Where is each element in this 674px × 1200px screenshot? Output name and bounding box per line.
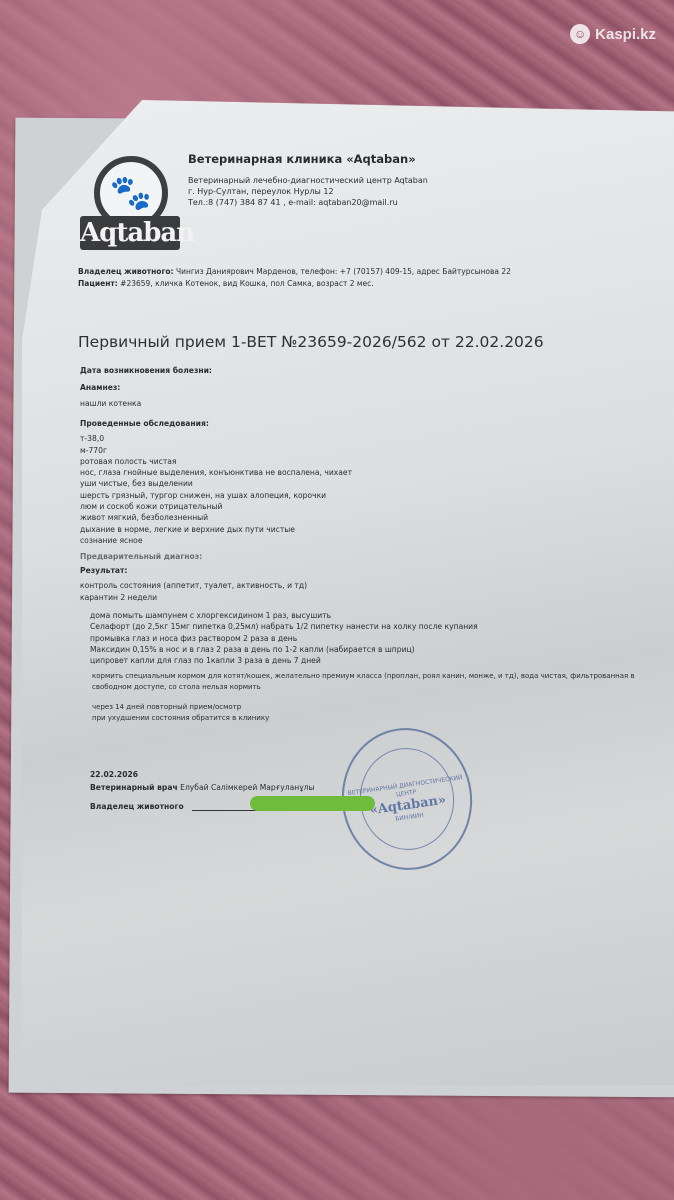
list-item: т-38,0	[80, 433, 352, 444]
list-item: люм и соскоб кожи отрицательный	[80, 501, 352, 512]
list-item: контроль состояния (аппетит, туалет, акт…	[80, 580, 307, 591]
result-list: контроль состояния (аппетит, туалет, акт…	[80, 580, 307, 603]
followup-list: через 14 дней повторный прием/осмотрпри …	[92, 702, 269, 725]
list-item: живот мягкий, безболезненный	[80, 512, 352, 523]
letterhead: Ветеринарная клиника «Aqtaban» Ветеринар…	[188, 152, 428, 208]
anamnesis-section: Анамнез: нашли котенка	[80, 382, 141, 410]
vet-line: Ветеринарный врач Елубай Салімкерей Марғ…	[90, 781, 315, 794]
redaction-mark	[250, 796, 375, 811]
list-item: Максидин 0,15% в нос и в глаз 2 раза в д…	[90, 644, 478, 655]
list-item: через 14 дней повторный прием/осмотр	[92, 702, 269, 713]
patient-line: Пациент: #23659, кличка Котенок, вид Кош…	[78, 278, 511, 290]
list-item: ротовая полость чистая	[80, 456, 352, 467]
list-item: карантин 2 недели	[80, 592, 307, 603]
logo-brand: Aqtaban	[80, 216, 180, 250]
list-item: м-770г	[80, 445, 352, 456]
treatment-section: дома помыть шампунем с хлоргексидином 1 …	[90, 610, 478, 666]
list-item: ципровет капли для глаз по 1капли 3 раза…	[90, 655, 478, 666]
document-content: 🐾 Aqtaban Ветеринарная клиника «Aqtaban»…	[0, 0, 674, 1200]
onset-section: Дата возникновения болезни:	[80, 365, 212, 376]
feeding-section: кормить специальным кормом для котят/кош…	[92, 671, 635, 694]
list-item: промывка глаз и носа физ раствором 2 раз…	[90, 633, 478, 644]
list-item: сознание ясное	[80, 535, 352, 546]
list-item: дома помыть шампунем с хлоргексидином 1 …	[90, 610, 478, 621]
clinic-contacts: Тел.:8 (747) 384 87 41 , e-mail: aqtaban…	[188, 197, 428, 208]
treatment-list: дома помыть шампунем с хлоргексидином 1 …	[90, 610, 478, 666]
result-section: Результат: контроль состояния (аппетит, …	[80, 565, 307, 603]
clinic-address: г. Нур-Султан, переулок Нурлы 12	[188, 186, 428, 197]
exams-section: Проведенные обследования: т-38,0м-770гро…	[80, 418, 352, 563]
list-item: нос, глаза гнойные выделения, конъюнктив…	[80, 467, 352, 478]
list-item: свободном доступе, со стола нельзя корми…	[92, 682, 635, 693]
document-title: Первичный прием 1-ВЕТ №23659-2026/562 от…	[78, 333, 544, 351]
list-item: Селафорт (до 2,5кг 15мг пипетка 0,25мл) …	[90, 621, 478, 632]
owner-line: Владелец животного: Чингиз Даниярович Ма…	[78, 266, 511, 278]
feeding-list: кормить специальным кормом для котят/кош…	[92, 671, 635, 694]
list-item: кормить специальным кормом для котят/кош…	[92, 671, 635, 682]
owner-patient-info: Владелец животного: Чингиз Даниярович Ма…	[78, 266, 511, 290]
clinic-subtitle: Ветеринарный лечебно-диагностический цен…	[188, 175, 428, 186]
list-item: шерсть грязный, тургор снижен, на ушах а…	[80, 490, 352, 501]
signature-date: 22.02.2026	[90, 768, 315, 781]
clinic-logo: 🐾 Aqtaban	[80, 150, 180, 255]
clinic-title: Ветеринарная клиника «Aqtaban»	[188, 152, 428, 166]
followup-section: через 14 дней повторный прием/осмотрпри …	[92, 702, 269, 725]
list-item: уши чистые, без выделении	[80, 478, 352, 489]
list-item: при ухудшении состояния обратится в клин…	[92, 713, 269, 724]
list-item: дыхание в норме, легкие и верхние дых пу…	[80, 524, 352, 535]
exams-list: т-38,0м-770гротовая полость чистаянос, г…	[80, 433, 352, 546]
